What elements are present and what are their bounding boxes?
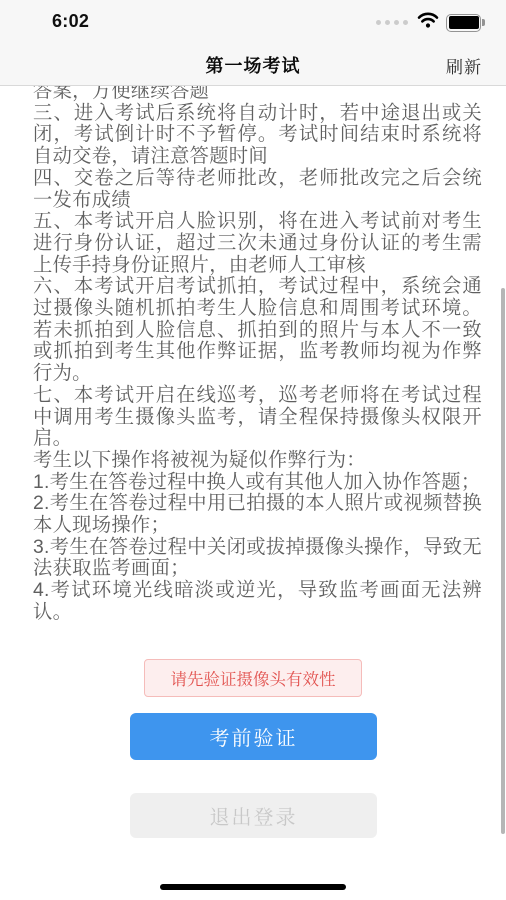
status-time: 6:02 <box>52 11 89 32</box>
camera-warning-message: 请先验证摄像头有效性 <box>144 659 362 697</box>
instruction-paragraph: 3.考生在答卷过程中关闭或拔掉摄像头操作，导致无法获取监考画面； <box>33 537 482 580</box>
cellular-signal-icon <box>376 20 408 25</box>
instruction-paragraph: 考生以下操作将被视为疑似作弊行为： <box>33 450 482 472</box>
home-indicator[interactable] <box>160 884 346 890</box>
logout-button[interactable]: 退出登录 <box>130 793 377 838</box>
battery-icon <box>446 14 481 32</box>
instruction-paragraph: 三、进入考试后系统将自动计时，若中途退出或关闭，考试倒计时不予暂停。考试时间结束… <box>33 103 482 168</box>
wifi-icon <box>417 12 439 33</box>
instruction-paragraph: 七、本考试开启在线巡考，巡考老师将在考试过程中调用考生摄像头监考，请全程保持摄像… <box>33 385 482 450</box>
top-chrome: 6:02 第一场考试 刷新 <box>0 0 506 86</box>
instruction-paragraph: 4.考试环境光线暗淡或逆光，导致监考画面无法辨认。 <box>33 580 482 623</box>
exam-instructions: 答案，方便继续答题 三、进入考试后系统将自动计时，若中途退出或关闭，考试倒计时不… <box>33 86 482 624</box>
instruction-paragraph: 六、本考试开启考试抓拍，考试过程中，系统会通过摄像头随机抓拍考生人脸信息和周围考… <box>33 276 482 385</box>
instruction-paragraph: 五、本考试开启人脸识别，将在进入考试前对考生进行身份认证，超过三次未通过身份认证… <box>33 211 482 276</box>
pre-exam-verify-button[interactable]: 考前验证 <box>130 713 377 760</box>
instruction-line-clipped: 答案，方便继续答题 <box>33 86 482 103</box>
scrollbar-thumb[interactable] <box>501 288 505 834</box>
status-icons <box>376 13 485 32</box>
refresh-button[interactable]: 刷新 <box>446 53 482 78</box>
app-screen: 6:02 第一场考试 刷新 <box>0 0 506 900</box>
page-title: 第一场考试 <box>0 52 506 78</box>
instruction-paragraph: 1.考生在答卷过程中换人或有其他人加入协作答题； <box>33 472 482 494</box>
nav-bar: 第一场考试 刷新 <box>0 44 506 84</box>
instructions-scroll-area[interactable]: 答案，方便继续答题 三、进入考试后系统将自动计时，若中途退出或关闭，考试倒计时不… <box>0 86 506 900</box>
instruction-paragraph: 四、交卷之后等待老师批改，老师批改完之后会统一发布成绩 <box>33 168 482 211</box>
instruction-paragraph: 2.考生在答卷过程中用已拍摄的本人照片或视频替换本人现场操作； <box>33 493 482 536</box>
status-bar: 6:02 <box>0 0 506 44</box>
